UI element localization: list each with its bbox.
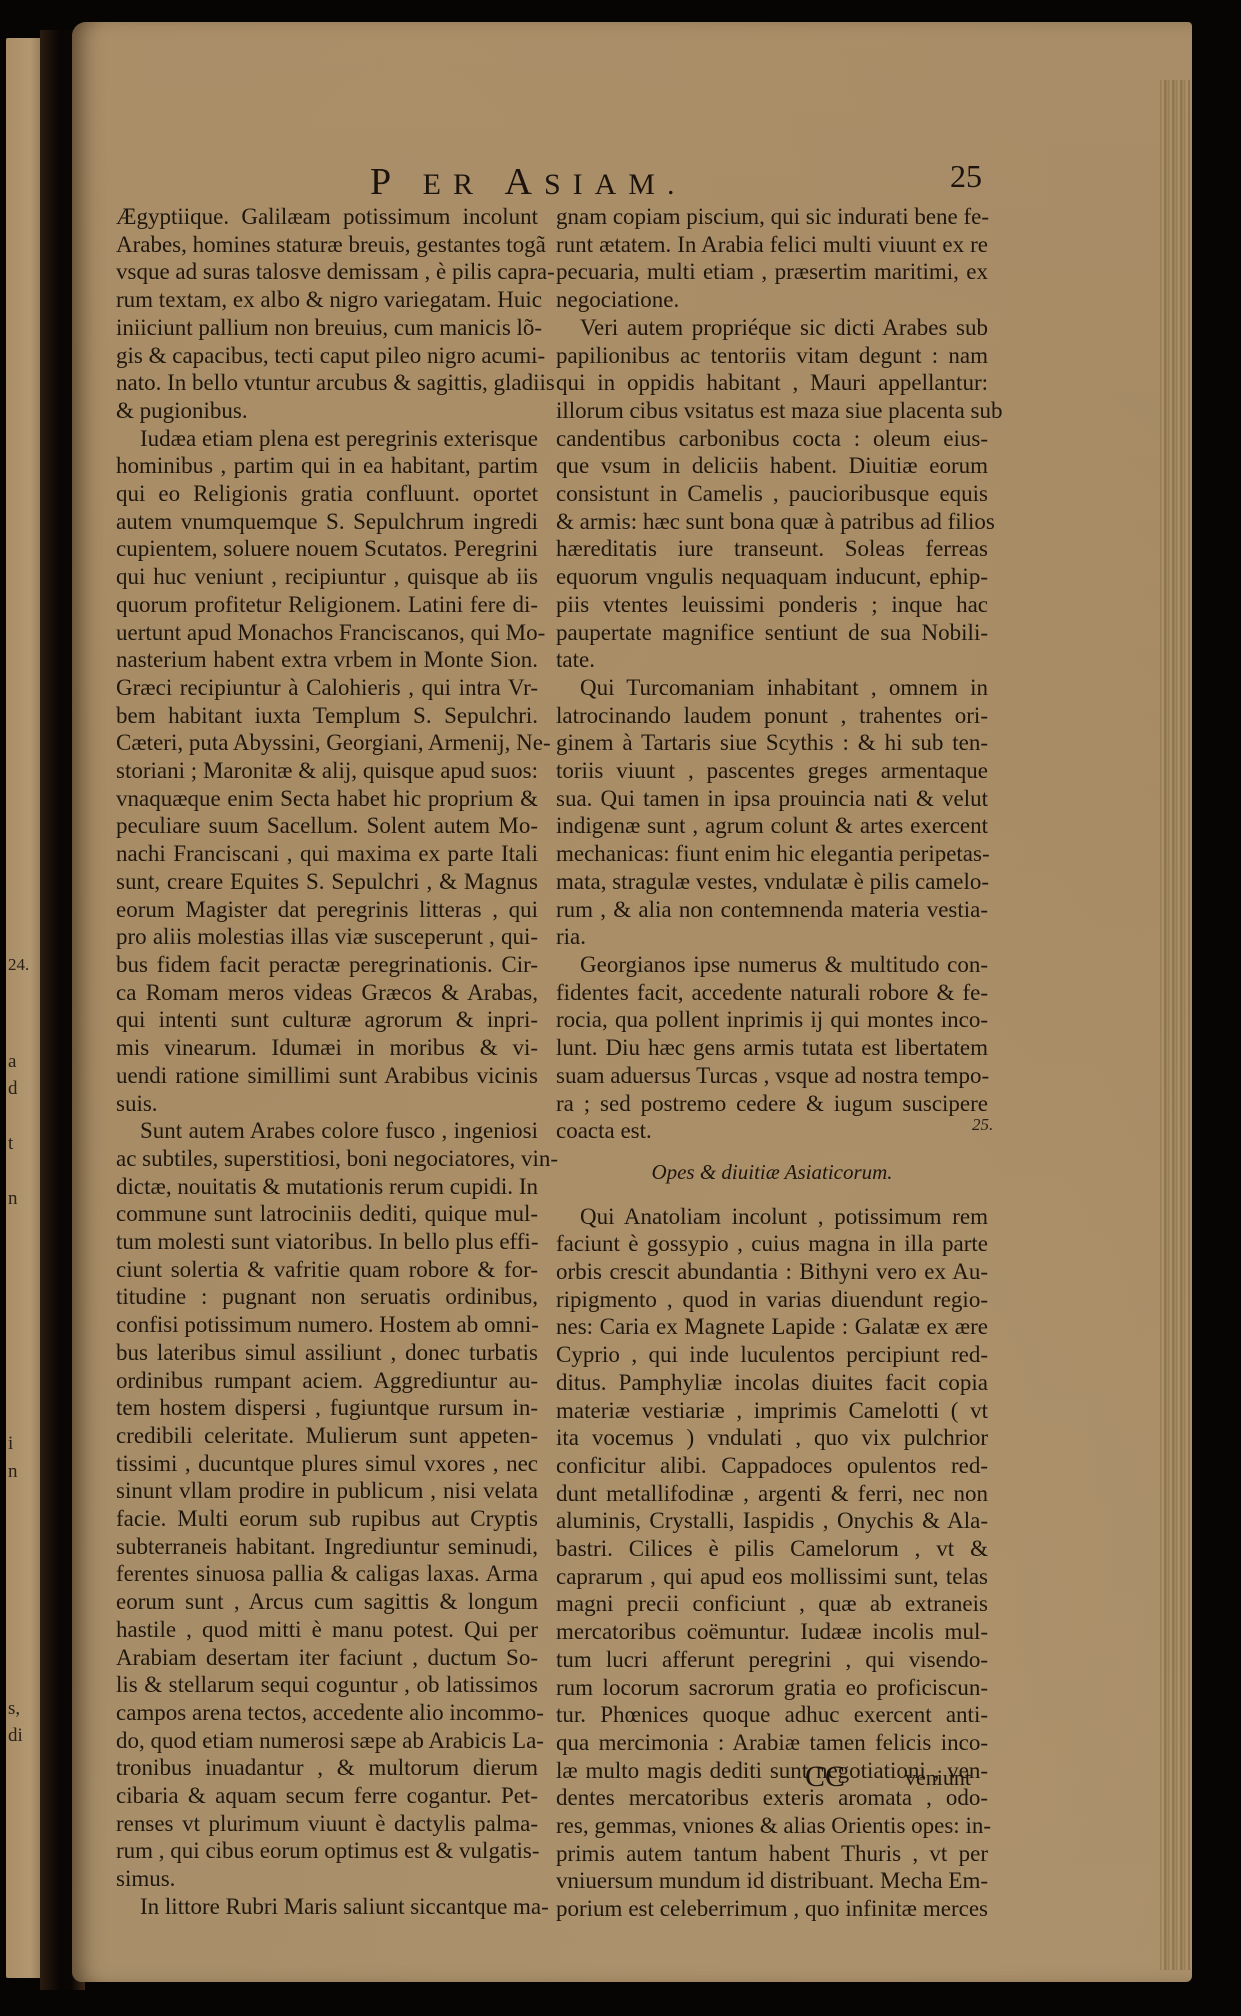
text-line: pro aliis molestias illas viæ susceperun… <box>116 923 538 951</box>
text-line: vniuersum mundum id distribuant. Mecha E… <box>556 1867 988 1895</box>
text-line: mercatoribus coëmuntur. Iudææ incolis mu… <box>556 1618 988 1646</box>
text-line: latrocinando laudem ponunt , trahentes o… <box>556 702 988 730</box>
text-line: sinunt vllam prodire in publicum , nisi … <box>116 1477 538 1505</box>
text-line: runt ætatem. In Arabia felici multi viuu… <box>556 231 988 259</box>
text-line: subterraneis habitant. Ingrediuntur semi… <box>116 1533 538 1561</box>
page-number: 25 <box>950 158 982 195</box>
text-line: indigenæ sunt , agrum colunt & artes exe… <box>556 812 988 840</box>
text-line: paupertate magnifice sentiunt de sua Nob… <box>556 619 988 647</box>
running-head: P ER ASIAM. <box>370 160 686 204</box>
right-text-column: gnam copiam piscium, qui sic indurati be… <box>556 203 988 1923</box>
previous-page-fragment: t <box>8 1130 48 1157</box>
text-line: ciunt solertia & vafritie quam robore & … <box>116 1256 538 1284</box>
text-line: rum , qui cibus eorum optimus est & vulg… <box>116 1837 538 1865</box>
text-line: lunt. Diu hæc gens armis tutata est libe… <box>556 1034 988 1062</box>
text-line: tum molesti sunt viatoribus. In bello pl… <box>116 1228 538 1256</box>
text-line: toriis viuunt , pascentes greges armenta… <box>556 757 988 785</box>
text-line: ita vocemus ) vndulati , quo vix pulchri… <box>556 1424 988 1452</box>
text-line: ria. <box>556 923 988 951</box>
text-line: rum textam, ex albo & nigro variegatam. … <box>116 286 538 314</box>
text-line: magni precii conficiunt , quæ ab extrane… <box>556 1590 988 1618</box>
text-line: mechanicas: fiunt enim hic elegantia per… <box>556 840 988 868</box>
text-line: cibaria & aquam secum ferre cogantur. Pe… <box>116 1782 538 1810</box>
text-line: bem habitant iuxta Templum S. Sepulchri. <box>116 702 538 730</box>
text-line: papilionibus ac tentoriis vitam degunt :… <box>556 342 988 370</box>
text-line: quorum profitetur Religionem. Latini fer… <box>116 591 538 619</box>
text-line: materiæ vestiariæ , imprimis Camelotti (… <box>556 1397 988 1425</box>
text-line: aluminis, Crystalli, Iaspidis , Onychis … <box>556 1507 988 1535</box>
text-line: nachi Franciscani , qui maxima ex parte … <box>116 840 538 868</box>
text-line: hastile , quod mitti è manu potest. Qui … <box>116 1616 538 1644</box>
running-head-initial-a: A <box>504 161 543 203</box>
text-line: vnaquæque enim Secta habet hic proprium … <box>116 785 538 813</box>
text-line: uertunt apud Monachos Franciscanos, qui … <box>116 619 538 647</box>
text-line: mata, stragulæ vestes, vndulatæ è pilis … <box>556 868 988 896</box>
running-head-initial-p: P <box>370 161 403 203</box>
text-line: autem vnumquemque S. Sepulchrum ingredi <box>116 508 538 536</box>
text-line: Qui Anatoliam incolunt , potissimum rem <box>556 1203 988 1231</box>
previous-page-fragment: i <box>8 1430 48 1457</box>
text-line: Ægyptiique. Galilæam potissimum incolunt <box>116 203 538 231</box>
text-line: pecuaria, multi etiam , præsertim mariti… <box>556 258 988 286</box>
text-line: simus. <box>116 1865 538 1893</box>
text-line: facie. Multi eorum sub rupibus aut Crypt… <box>116 1505 538 1533</box>
text-line: iniiciunt pallium non breuius, cum manic… <box>116 314 538 342</box>
text-line: hominibus , partim qui in ea habitant, p… <box>116 452 538 480</box>
text-line: & armis: hæc sunt bona quæ à patribus ad… <box>556 508 988 536</box>
text-line: credibili celeritate. Mulierum sunt appe… <box>116 1422 538 1450</box>
text-line: Veri autem propriéque sic dicti Arabes s… <box>556 314 988 342</box>
text-line: tum lucri afferunt peregrini , qui visen… <box>556 1646 988 1674</box>
text-line: qui intenti sunt culturæ agrorum & inpri… <box>116 1006 538 1034</box>
text-line: Græci recipiuntur à Calohieris , qui int… <box>116 674 538 702</box>
text-line: ac subtiles, superstitiosi, boni negocia… <box>116 1145 538 1173</box>
text-line: qui eo Religionis gratia confluunt. opor… <box>116 480 538 508</box>
text-line: rum , & alia non contemnenda materia ves… <box>556 896 988 924</box>
text-line: tem hostem dispersi , fugiuntque rursum … <box>116 1394 538 1422</box>
text-line: suam aduersus Turcas , vsque ad nostra t… <box>556 1062 988 1090</box>
text-line: fidentes facit, accedente naturali robor… <box>556 979 988 1007</box>
text-line: porium est celeberrimum , quo infinitæ m… <box>556 1895 988 1923</box>
previous-page-folio-note: 24. <box>8 955 29 975</box>
previous-page-fragment: di <box>8 1722 48 1749</box>
text-line: conficitur alibi. Cappadoces opulentos r… <box>556 1452 988 1480</box>
text-line: qua mercimonia : Arabiæ tamen felicis in… <box>556 1729 988 1757</box>
text-line: lis & stellarum sequi coguntur , ob lati… <box>116 1671 538 1699</box>
text-line: eorum sunt , Arcus cum sagittis & longum <box>116 1588 538 1616</box>
left-text-column: Ægyptiique. Galilæam potissimum incolunt… <box>116 203 538 1921</box>
text-line: dictæ, nouitatis & mutationis rerum cupi… <box>116 1173 538 1201</box>
text-line: qui in oppidis habitant , Mauri appellan… <box>556 369 988 397</box>
text-line: commune sunt latrociniis dediti, quique … <box>116 1200 538 1228</box>
text-line: dunt metallifodinæ , argenti & ferri, ne… <box>556 1480 988 1508</box>
text-line: tate. <box>556 646 988 674</box>
text-line: sunt, creare Equites S. Sepulchri , & Ma… <box>116 868 538 896</box>
text-line: Iudæa etiam plena est peregrinis exteris… <box>116 425 538 453</box>
text-line: eorum Magister dat peregrinis litteras ,… <box>116 896 538 924</box>
section-heading: Opes & diuitiæ Asiaticorum. <box>556 1159 988 1187</box>
page-fore-edge <box>1160 80 1190 1970</box>
text-line: do, quod etiam numerosi sæpe ab Arabicis… <box>116 1727 538 1755</box>
previous-page-fragment: d <box>8 1075 48 1102</box>
previous-page-fragment: a <box>8 1048 48 1075</box>
text-line: Arabes, homines staturæ breuis, gestante… <box>116 231 538 259</box>
text-line: consistunt in Camelis , paucioribusque e… <box>556 480 988 508</box>
text-line: nasterium habent extra vrbem in Monte Si… <box>116 646 538 674</box>
text-line: ca Romam meros videas Græcos & Arabas, <box>116 979 538 1007</box>
text-line: ferentes sinuosa pallia & caligas laxas.… <box>116 1560 538 1588</box>
text-line: nes: Caria ex Magnete Lapide : Galatæ ex… <box>556 1313 988 1341</box>
text-line: orbis crescit abundantia : Bithyni vero … <box>556 1258 988 1286</box>
running-head-siam: SIAM. <box>544 168 687 201</box>
text-line: rocia, qua pollent inprimis ij qui monte… <box>556 1006 988 1034</box>
text-line: primis autem tantum habent Thuris , vt p… <box>556 1840 988 1868</box>
text-line: tissimi , ducuntque plures simul vxores … <box>116 1450 538 1478</box>
text-line: campos arena tectos, accedente alio inco… <box>116 1699 538 1727</box>
text-line: uendi ratione simillimi sunt Arabibus vi… <box>116 1062 538 1090</box>
text-line: Sunt autem Arabes colore fusco , ingenio… <box>116 1117 538 1145</box>
text-line: peculiare suum Sacellum. Solent autem Mo… <box>116 812 538 840</box>
text-line: que vsum in deliciis habent. Diuitiæ eor… <box>556 452 988 480</box>
text-line: hæreditatis iure transeunt. Soleas ferre… <box>556 535 988 563</box>
text-line: candentibus carbonibus cocta : oleum eiu… <box>556 425 988 453</box>
text-line: In littore Rubri Maris saliunt siccantqu… <box>116 1893 538 1921</box>
text-line: bus fidem facit peractæ peregrinationis.… <box>116 951 538 979</box>
text-line: sua. Qui tamen in ipsa prouincia nati & … <box>556 785 988 813</box>
catchword: veniunt <box>905 1765 971 1791</box>
text-line: caprarum , qui apud eos mollissimi sunt,… <box>556 1563 988 1591</box>
text-line: Cyprio , qui inde luculentos percipiunt … <box>556 1341 988 1369</box>
text-line: ra ; sed postremo cedere & iugum suscipe… <box>556 1090 988 1118</box>
text-line: suis. <box>116 1090 538 1118</box>
previous-page-fragment: n <box>8 1185 48 1212</box>
text-line: cupientem, soluere nouem Scutatos. Pereg… <box>116 535 538 563</box>
text-line: confisi potissimum numero. Hostem ab omn… <box>116 1311 538 1339</box>
previous-page-fragment: n <box>8 1458 48 1485</box>
text-line: bastri. Cilices è pilis Camelorum , vt & <box>556 1535 988 1563</box>
text-line: Cæteri, puta Abyssini, Georgiani, Armeni… <box>116 729 538 757</box>
text-line: piis vtentes leuissimi ponderis ; inque … <box>556 591 988 619</box>
text-line: renses vt plurimum viuunt è dactylis pal… <box>116 1810 538 1838</box>
text-line: negociatione. <box>556 286 988 314</box>
text-line: storiani ; Maronitæ & alij, quisque apud… <box>116 757 538 785</box>
text-line: titudine : pugnant non seruatis ordinibu… <box>116 1283 538 1311</box>
text-line: mis vinearum. Idumæi in moribus & vi- <box>116 1034 538 1062</box>
text-line: & pugionibus. <box>116 397 538 425</box>
text-line: Qui Turcomaniam inhabitant , omnem in <box>556 674 988 702</box>
text-line: illorum cibus vsitatus est maza siue pla… <box>556 397 988 425</box>
text-line: gnam copiam piscium, qui sic indurati be… <box>556 203 988 231</box>
text-line: nato. In bello vtuntur arcubus & sagitti… <box>116 369 538 397</box>
text-line: vsque ad suras talosve demissam , è pili… <box>116 258 538 286</box>
signature-mark: CC <box>805 1760 845 1794</box>
text-line: bus lateribus simul assiliunt , donec tu… <box>116 1339 538 1367</box>
text-line: ordinibus rumpant aciem. Aggrediuntur au… <box>116 1367 538 1395</box>
text-line: Georgianos ipse numerus & multitudo con- <box>556 951 988 979</box>
text-line: Arabiam desertam iter faciunt , ductum S… <box>116 1644 538 1672</box>
text-line: gis & capacibus, tecti caput pileo nigro… <box>116 342 538 370</box>
text-line: res, gemmas, vniones & alias Orientis op… <box>556 1812 988 1840</box>
text-line: tronibus inuadantur , & multorum dierum <box>116 1754 538 1782</box>
text-line: ditus. Pamphyliæ incolas diuites facit c… <box>556 1369 988 1397</box>
text-line: ginem à Tartaris siue Scythis : & hi sub… <box>556 729 988 757</box>
text-line: faciunt è gossypio , cuius magna in illa… <box>556 1230 988 1258</box>
text-line: coacta est. <box>556 1117 988 1145</box>
text-line: qui huc veniunt , recipiuntur , quisque … <box>116 563 538 591</box>
right-margin-note: 25. <box>972 1115 993 1135</box>
running-head-er: ER <box>423 168 485 201</box>
previous-page-fragment: s, <box>8 1695 48 1722</box>
text-line: ripigmento , quod in varias diuendunt re… <box>556 1286 988 1314</box>
text-line: tur. Phœnices quoque adhuc exercent anti… <box>556 1701 988 1729</box>
text-line: rum locorum sacrorum gratia eo proficisc… <box>556 1674 988 1702</box>
text-line: equorum vngulis nequaquam inducunt, ephi… <box>556 563 988 591</box>
